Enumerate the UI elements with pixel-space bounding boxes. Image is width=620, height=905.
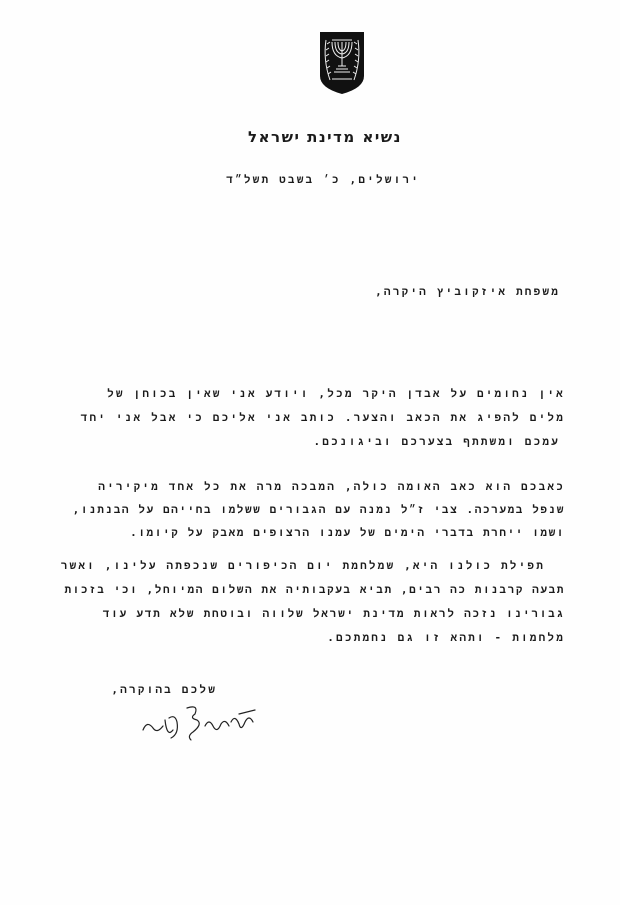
- paragraph-2-line-3: ושמו ייחרת בדברי הימים של עמנו הרצופים מ…: [130, 526, 565, 540]
- paragraph-1-line-3: עמכם ומשתתף בצערכם וביגונכם.: [313, 435, 560, 449]
- paragraph-3-line-4: מלחמות - ותהא זו גם נחמתכם.: [327, 631, 565, 645]
- paragraph-3-line-2: תבעה קרבנות כה רבים, תביא בעקבותיה את הש…: [64, 583, 565, 597]
- paragraph-2-line-2: שנפל במערכה. צבי ז״ל נמנה עם הגבורים ששל…: [73, 503, 565, 517]
- paragraph-1-line-2: מלים להפיג את הכאב והצער. כותב אני אליכם…: [81, 411, 565, 425]
- paragraph-2-line-1: כאבכם הוא כאב האומה כולה, המבכה מרה את כ…: [98, 480, 565, 494]
- emblem-of-israel-icon: [318, 30, 366, 96]
- salutation: משפחת איזקוביץ היקרה,: [375, 285, 560, 299]
- letter-page: נשיא מדינת ישראל ירושלים, כ׳ בשבט תשל״ד …: [0, 0, 620, 905]
- handwritten-signature: אפרים קציר: [135, 700, 265, 742]
- paragraph-3-line-3: גבורינו נזכה לראות מדינת ישראל שלווה ובו…: [103, 607, 565, 621]
- closing: שלכם בהוקרה,: [111, 683, 217, 697]
- paragraph-3-line-1: תפילת כולנו היא, שמלחמת יום הכיפורים שנכ…: [61, 559, 545, 573]
- paragraph-1-line-1: אין נחומים על אבדן היקר מכל, ויודע אני ש…: [107, 387, 565, 401]
- letterhead-title: נשיא מדינת ישראל: [0, 128, 620, 146]
- date-line: ירושלים, כ׳ בשבט תשל״ד: [226, 173, 420, 187]
